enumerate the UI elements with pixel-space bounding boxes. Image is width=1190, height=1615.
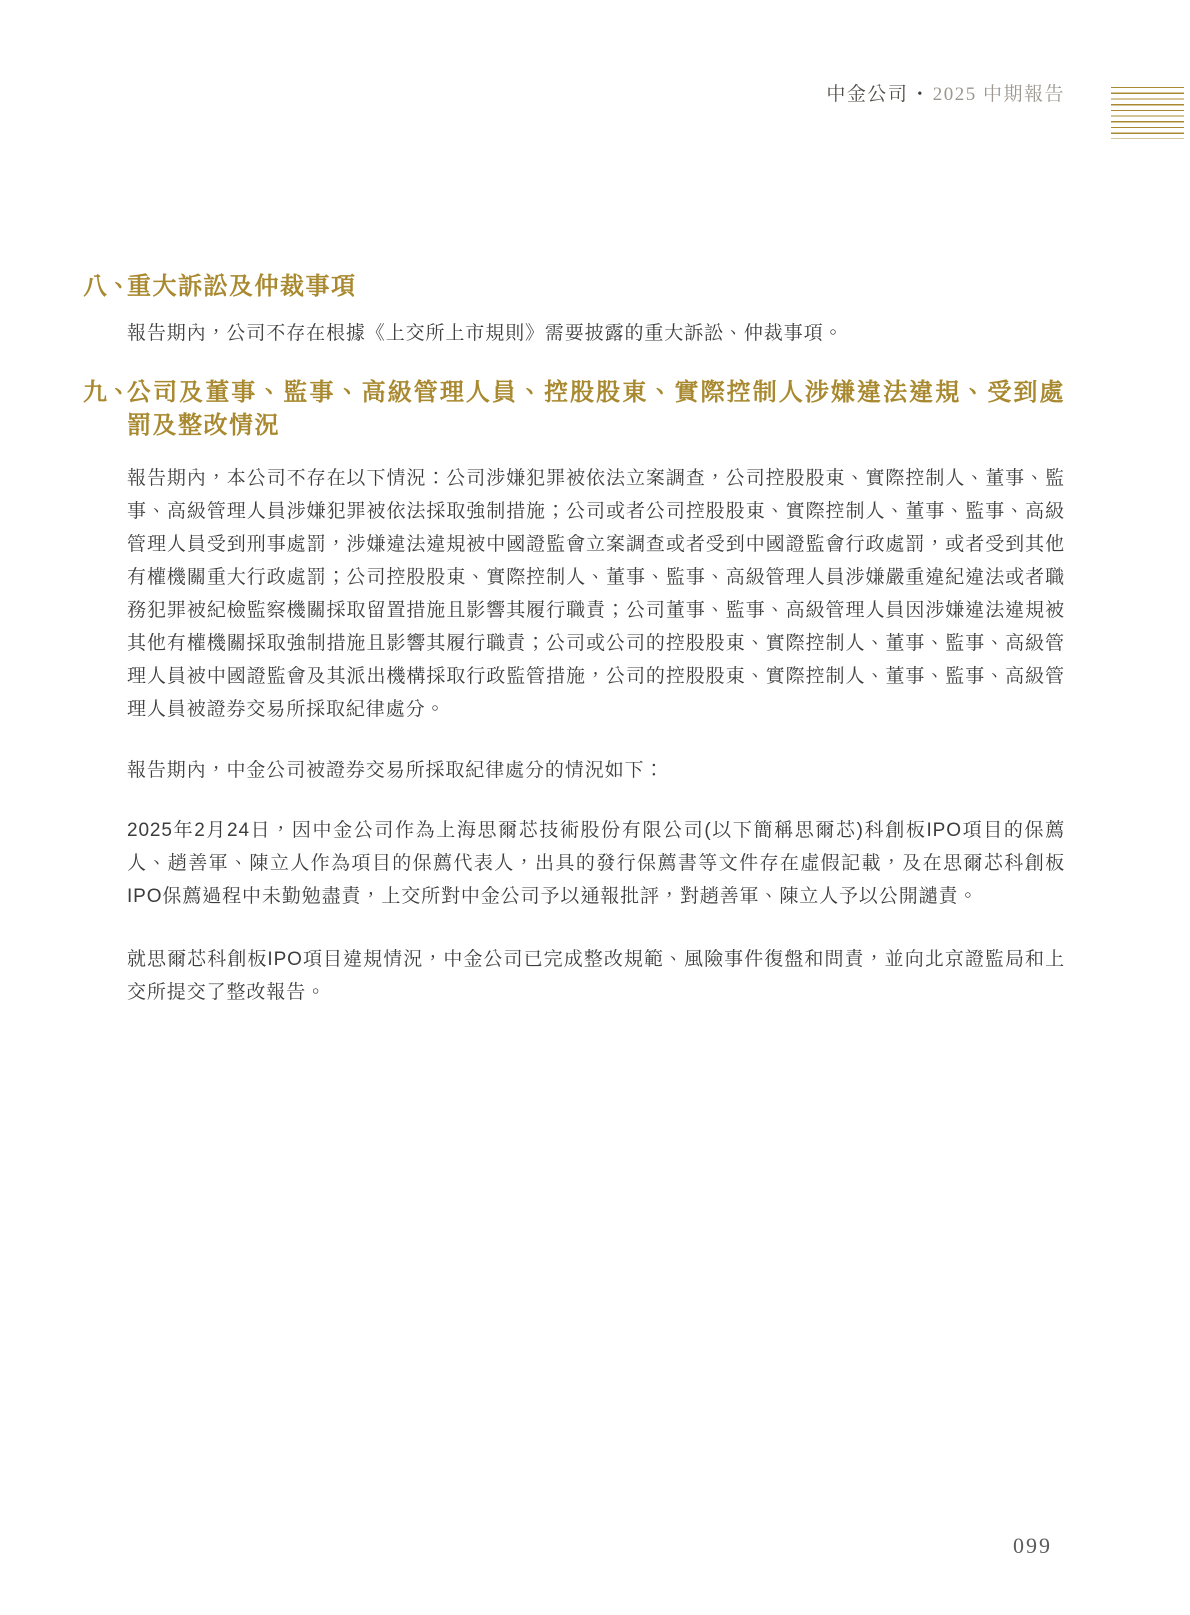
section-violations-and-penalties: 九、 公司及董事、監事、高級管理人員、控股股東、實際控制人涉嫌違法違規、受到處罰…	[83, 376, 1065, 1009]
paragraph: 2025年2月24日，因中金公司作為上海思爾芯技術股份有限公司(以下簡稱思爾芯)…	[83, 814, 1065, 913]
section-number: 九、	[83, 376, 131, 409]
section-title-text: 公司及董事、監事、高級管理人員、控股股東、實際控制人涉嫌違法違規、受到處罰及整改…	[127, 379, 1065, 439]
report-page: 中金公司•2025 中期報告 八、 重大訴訟及仲裁事項 報告期內，公司不存在根據…	[0, 0, 1190, 1615]
company-name: 中金公司	[826, 84, 908, 105]
page-number: 099	[1013, 1533, 1052, 1559]
section-heading: 八、 重大訴訟及仲裁事項	[83, 270, 1065, 303]
paragraph: 報告期內，公司不存在根據《上交所上市規則》需要披露的重大訴訟、仲裁事項。	[83, 317, 1065, 350]
separator-dot-icon: •	[917, 87, 923, 102]
section-major-litigation: 八、 重大訴訟及仲裁事項 報告期內，公司不存在根據《上交所上市規則》需要披露的重…	[83, 270, 1065, 350]
section-number: 八、	[83, 270, 131, 303]
paragraph: 報告期內，中金公司被證券交易所採取紀律處分的情況如下：	[83, 754, 1065, 787]
paragraph: 報告期內，本公司不存在以下情況：公司涉嫌犯罪被依法立案調查，公司控股股東、實際控…	[83, 462, 1065, 726]
section-heading: 九、 公司及董事、監事、高級管理人員、控股股東、實際控制人涉嫌違法違規、受到處罰…	[83, 376, 1065, 442]
report-title: 2025 中期報告	[933, 84, 1065, 105]
running-header: 中金公司•2025 中期報告	[826, 84, 1065, 106]
section-title-text: 重大訴訟及仲裁事項	[127, 273, 357, 300]
content-column: 八、 重大訴訟及仲裁事項 報告期內，公司不存在根據《上交所上市規則》需要披露的重…	[83, 270, 1065, 1009]
gold-lines-decoration-icon	[1111, 87, 1184, 139]
paragraph: 就思爾芯科創板IPO項目違規情況，中金公司已完成整改規範、風險事件復盤和問責，並…	[83, 943, 1065, 1009]
